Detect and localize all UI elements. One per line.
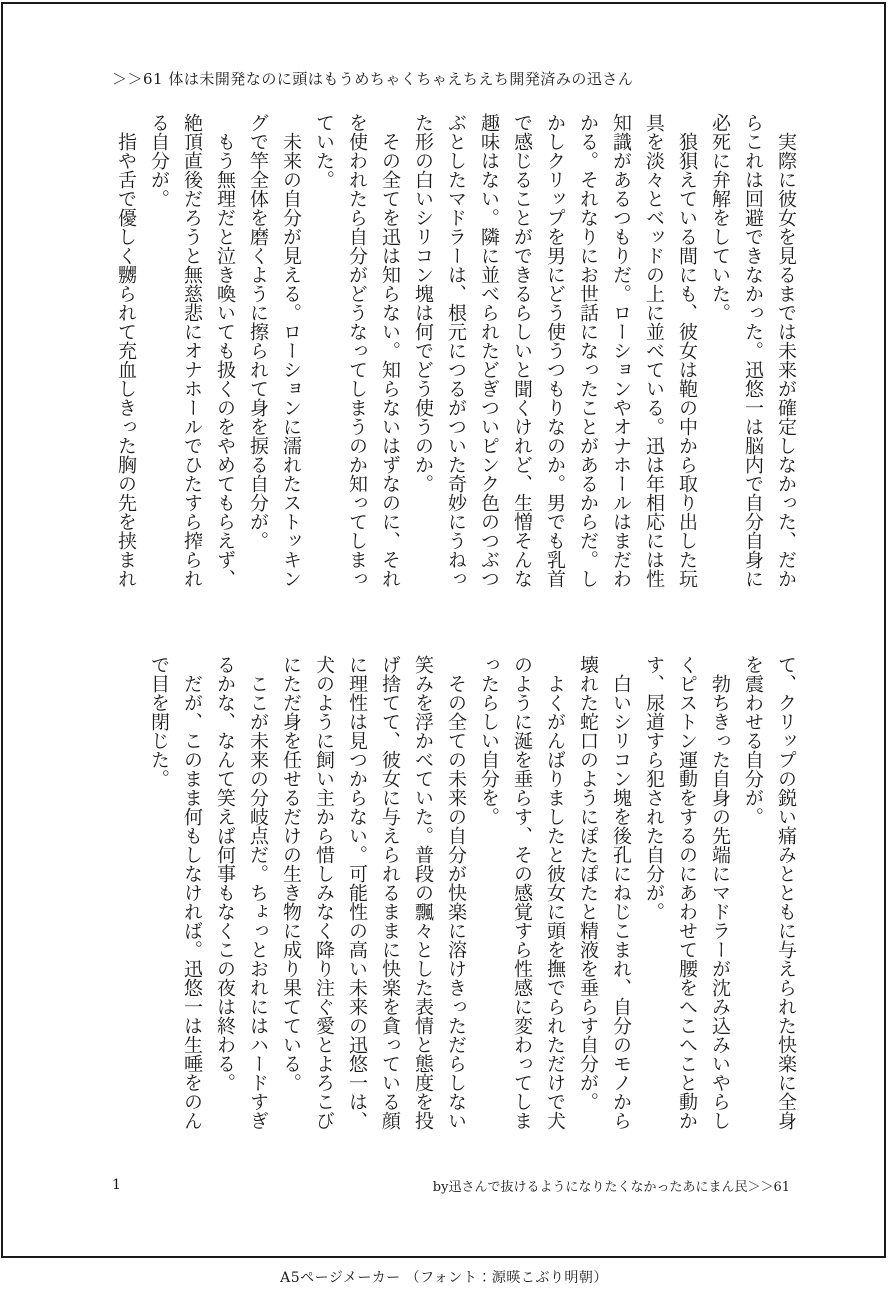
paragraph: 勃ちきった自身の先端にマドラーが沈み込みいやらしくピストン運動をするのにあわせて… [637, 655, 736, 1131]
credit-line: by迅さんで抜けるようになりたくなかったあにまん民＞＞61 [433, 1176, 790, 1195]
paragraph: その全てを迅は知らない。知らないはずなのに、それを使われたら自分がどうなってしま… [307, 113, 406, 589]
paragraph: 未来の自分が見える。ローションに濡れたストッキングで竿全体を磨くように擦られて身… [241, 113, 307, 589]
paragraph: もう無理だと泣き喚いても扱くのをやめてもらえず、絶頂直後だろうと無慈悲にオナホー… [142, 113, 241, 589]
paragraph: よくがんばりましたと彼女に頭を撫でられただけで犬のように涎を垂らす、その感覚すら… [472, 655, 571, 1131]
paragraph: その全ての未来の自分が快楽に溶けきっただらしない笑みを浮かべていた。普段の飄々と… [274, 655, 472, 1131]
paragraph-continuation: て、クリップの鋭い痛みとともに与えられた快楽に全身を震わせる自分が。 [736, 655, 802, 1131]
generator-caption: A5ページメーカー （フォント：源暎こぶり明朝） [0, 1267, 888, 1287]
page-number: 1 [112, 1177, 121, 1193]
page-header-title: ＞＞61 体は未開発なのに頭はもうめちゃくちゃえちえち開発済みの迅さん [112, 68, 633, 89]
paragraph: ここが未来の分岐点だ。ちょっとおれにはハードすぎるかな、なんて笑えば何事もなくこ… [208, 655, 274, 1131]
body-text-lower-block: て、クリップの鋭い痛みとともに与えられた快楽に全身を震わせる自分が。 勃ちきった… [102, 655, 802, 1131]
document-page: ＞＞61 体は未開発なのに頭はもうめちゃくちゃえちえち開発済みの迅さん 実際に彼… [0, 0, 888, 1300]
paragraph: だが、このまま何もしなければ。迅悠一は生唾をのんで目を閉じた。 [142, 655, 208, 1131]
body-text-upper-block: 実際に彼女を見るまでは未来が確定しなかった、だからこれは回避できなかった。迅悠一… [102, 113, 802, 589]
paragraph: 狼狽えている間にも、彼女は鞄の中から取り出した玩具を淡々とベッドの上に並べている… [406, 113, 703, 589]
paragraph: 白いシリコン塊を後孔にねじこまれ、自分のモノから壊れた蛇口のようにぽたぽたと精液… [571, 655, 637, 1131]
paragraph: 実際に彼女を見るまでは未来が確定しなかった、だからこれは回避できなかった。迅悠一… [703, 113, 802, 589]
paragraph: 指や舌で優しく嬲られて充血しきった胸の先を挟まれ [109, 113, 142, 589]
